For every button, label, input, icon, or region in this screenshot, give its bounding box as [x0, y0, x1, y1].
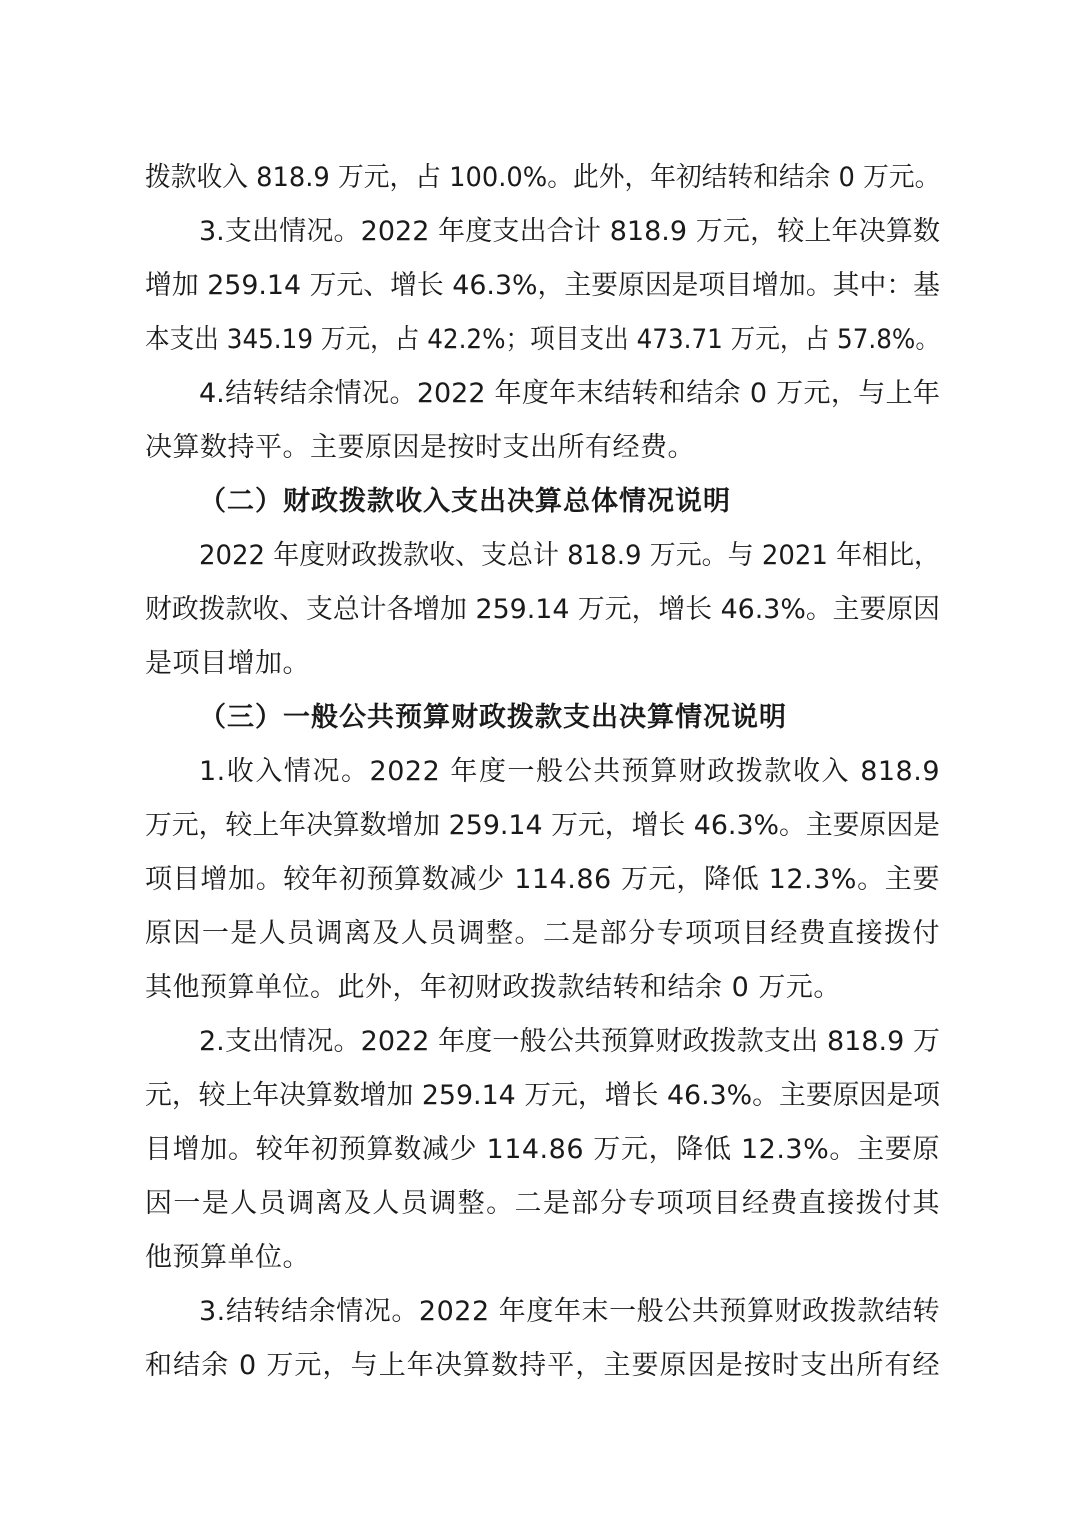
- paragraph-last-line: 是项目增加。: [145, 644, 940, 684]
- document-page: 拨款收入 818.9 万元，占 100.0%。此外，年初结转和结余 0 万元。3…: [0, 0, 1074, 1520]
- section-heading: （二）财政拨款收入支出决算总体情况说明: [199, 482, 731, 522]
- paragraph-line: 增加 259.14 万元、增长 46.3%，主要原因是项目增加。其中：基: [145, 266, 940, 306]
- paragraph-line: 本支出 345.19 万元，占 42.2%；项目支出 473.71 万元，占 5…: [145, 320, 940, 360]
- paragraph-line: 项目增加。较年初预算数减少 114.86 万元，降低 12.3%。主要: [145, 860, 940, 900]
- paragraph-first-line: 2022 年度财政拨款收、支总计 818.9 万元。与 2021 年相比，: [199, 536, 940, 576]
- paragraph-last-line: 决算数持平。主要原因是按时支出所有经费。: [145, 428, 940, 468]
- paragraph-line: 原因一是人员调离及人员调整。二是部分专项项目经费直接拨付: [145, 914, 940, 954]
- paragraph-line: 因一是人员调离及人员调整。二是部分专项项目经费直接拨付其: [145, 1184, 940, 1224]
- section-heading: （三）一般公共预算财政拨款支出决算情况说明: [199, 698, 787, 738]
- paragraph-first-line: 3.支出情况。2022 年度支出合计 818.9 万元，较上年决算数: [199, 212, 940, 252]
- paragraph-first-line: 3.结转结余情况。2022 年度年末一般公共预算财政拨款结转: [199, 1292, 940, 1332]
- paragraph-first-line: 2.支出情况。2022 年度一般公共预算财政拨款支出 818.9 万: [199, 1022, 940, 1062]
- paragraph-line: 元，较上年决算数增加 259.14 万元，增长 46.3%。主要原因是项: [145, 1076, 940, 1116]
- paragraph-first-line: 4.结转结余情况。2022 年度年末结转和结余 0 万元，与上年: [199, 374, 940, 414]
- paragraph-line: 和结余 0 万元，与上年决算数持平，主要原因是按时支出所有经: [145, 1346, 940, 1386]
- paragraph-last-line: 他预算单位。: [145, 1238, 940, 1278]
- paragraph-last-line: 其他预算单位。此外，年初财政拨款结转和结余 0 万元。: [145, 968, 940, 1008]
- paragraph-line: 目增加。较年初预算数减少 114.86 万元，降低 12.3%。主要原: [145, 1130, 940, 1170]
- paragraph-first-line: 1.收入情况。2022 年度一般公共预算财政拨款收入 818.9: [199, 752, 940, 792]
- paragraph-line: 财政拨款收、支总计各增加 259.14 万元，增长 46.3%。主要原因: [145, 590, 940, 630]
- paragraph-line: 万元，较上年决算数增加 259.14 万元，增长 46.3%。主要原因是: [145, 806, 940, 846]
- paragraph-line: 拨款收入 818.9 万元，占 100.0%。此外，年初结转和结余 0 万元。: [145, 158, 940, 198]
